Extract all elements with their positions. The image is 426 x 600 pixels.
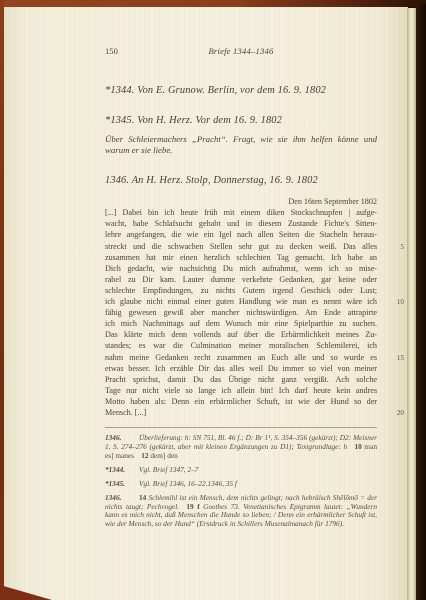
body-line: zusammen hat mir einen herzlich schlecht… <box>105 252 377 263</box>
apparatus-divider-rule <box>105 427 377 428</box>
body-line: nahm meine Gedanken recht zusammen an Eu… <box>105 352 377 363</box>
text-column: 150 Briefe 1344–1346 *1344. Von E. Gruno… <box>105 46 377 529</box>
body-line-text: Das klärte mich denn vollends auf über d… <box>105 330 377 339</box>
apparatus-entry: *1344.Vgl. Brief 1347, 2–7 <box>105 466 377 475</box>
body-line: etwas besser. Ich erzähle Dir das alles … <box>105 363 377 374</box>
apparatus-segment: dem] den <box>149 451 178 460</box>
body-line: ich glaube nicht einmal einer guten Hand… <box>105 296 377 307</box>
body-line-text: fähig gewesen gewiß aber mancher nichtsw… <box>105 308 377 317</box>
apparatus-segment: Vgl. Brief 1346, 16–22.1346, 35 f <box>139 479 237 488</box>
apparatus-entry-label: *1345. <box>105 480 139 489</box>
body-line-text: schlechte Empfindungen, zu nichts Gutem … <box>105 286 377 295</box>
book-binding-top-edge <box>0 0 426 7</box>
body-line-text: ich mich Nachmittags auf dem Wunsch mir … <box>105 319 377 328</box>
book-shadow-right <box>416 4 426 600</box>
body-line-text: nahm meine Gedanken recht zusammen an Eu… <box>105 353 377 362</box>
body-line: Tage nur nicht viele so lange ich allein… <box>105 385 377 396</box>
body-line: Motto haben als: Denn ein erbärmlicher S… <box>105 396 377 407</box>
body-line: schlechte Empfindungen, zu nichts Gutem … <box>105 285 377 296</box>
page-number: 150 <box>105 46 175 56</box>
body-line: streckt und die schwachen Stellen sehr g… <box>105 241 377 252</box>
page-fore-edge <box>407 8 416 600</box>
margin-line-number: 5 <box>400 242 404 252</box>
body-line-text: Motto haben als: Denn ein erbärmlicher S… <box>105 397 377 406</box>
apparatus-entry-label: *1344. <box>105 466 139 475</box>
body-line: Pracht sprichst, damit Du das Übrige nic… <box>105 374 377 385</box>
apparatus-entry: *1345.Vgl. Brief 1346, 16–22.1346, 35 f <box>105 480 377 489</box>
summary-line: Über Schleiermachers „Pracht“. Fragt, wi… <box>105 134 377 145</box>
body-line-text: zusammen hat mir einen herzlich schlecht… <box>105 253 377 262</box>
body-line-text: Dich gedacht, wie nachsichtig Du mich au… <box>105 264 377 273</box>
body-line-text: wacht, habe Schlafsucht gehabt und in di… <box>105 219 377 228</box>
apparatus-entry: 1346.Überlieferung: h: SN 751, Bl. 46 f.… <box>105 434 377 461</box>
body-line-text: rabel zu Dir kam. Lauter dumme verkehrte… <box>105 275 377 284</box>
body-line: Dich gedacht, wie nachsichtig Du mich au… <box>105 263 377 274</box>
apparatus-segment: 12 <box>134 451 149 460</box>
critical-apparatus: 1346.Überlieferung: h: SN 751, Bl. 46 f.… <box>105 434 377 529</box>
apparatus-entry-text: Vgl. Brief 1347, 2–7 <box>139 465 198 474</box>
apparatus-segment: 19 f <box>179 502 200 511</box>
body-line-text: standes; es war die Culmination meiner m… <box>105 341 377 350</box>
body-line-text: Mensch. [...] <box>105 408 146 417</box>
margin-line-number: 15 <box>397 353 404 363</box>
body-line: Mensch. [...] 20 <box>105 407 377 418</box>
body-line: Das klärte mich denn vollends auf über d… <box>105 329 377 340</box>
apparatus-segment: 10 <box>347 442 362 451</box>
letter-heading-1345: *1345. Von H. Herz. Vor dem 16. 9. 1802 <box>105 114 377 127</box>
body-line-text: Den 16ten September 1802 <box>288 197 377 206</box>
body-line: Den 16ten September 1802 <box>105 196 377 207</box>
body-line-text: Pracht sprichst, damit Du das Übrige nic… <box>105 375 377 384</box>
apparatus-entry-text: Vgl. Brief 1346, 16–22.1346, 35 f <box>139 479 237 488</box>
margin-line-number: 20 <box>397 408 404 418</box>
body-line: [...] Dabei bin ich heute früh mit einem… <box>105 207 377 218</box>
body-line-text: etwas besser. Ich erzähle Dir das alles … <box>105 364 377 373</box>
apparatus-entry-text: 14 Schlemihl ist ein Mensch, dem nichts … <box>105 493 377 529</box>
body-line-text: lehre angefangen, die wie ein Igel nach … <box>105 230 377 239</box>
body-line: rabel zu Dir kam. Lauter dumme verkehrte… <box>105 274 377 285</box>
apparatus-segment: Vgl. Brief 1347, 2–7 <box>139 465 198 474</box>
body-line-text: Tage nur nicht viele so lange ich allein… <box>105 386 377 395</box>
page-header: 150 Briefe 1344–1346 <box>105 46 377 58</box>
summary-line: warum er sie liebe. <box>105 145 377 156</box>
body-line-text: [...] Dabei bin ich heute früh mit einem… <box>105 208 377 217</box>
letter-summary-1345: Über Schleiermachers „Pracht“. Fragt, wi… <box>105 134 377 155</box>
book-page: 150 Briefe 1344–1346 *1344. Von E. Gruno… <box>4 6 408 600</box>
book-cover-corner <box>0 585 52 600</box>
letter-body-1346: Den 16ten September 1802 [...] Dabei bin… <box>105 196 377 418</box>
body-line: standes; es war die Culmination meiner m… <box>105 340 377 351</box>
margin-line-number: 10 <box>397 297 404 307</box>
running-header: Briefe 1344–1346 <box>175 46 307 56</box>
body-line: fähig gewesen gewiß aber mancher nichtsw… <box>105 307 377 318</box>
letter-heading-1346: 1346. An H. Herz. Stolp, Donnerstag, 16.… <box>105 174 377 187</box>
body-line-text: streckt und die schwachen Stellen sehr g… <box>105 242 377 251</box>
book-binding-left-edge <box>0 0 4 600</box>
letter-heading-1344: *1344. Von E. Grunow. Berlin, vor dem 16… <box>105 84 377 97</box>
apparatus-segment: Überlieferung: h: SN 751, Bl. 46 f.; D: … <box>105 433 377 451</box>
body-line-text: ich glaube nicht einmal einer guten Hand… <box>105 297 377 306</box>
apparatus-entry-text: Überlieferung: h: SN 751, Bl. 46 f.; D: … <box>105 433 377 460</box>
body-line: lehre angefangen, die wie ein Igel nach … <box>105 229 377 240</box>
body-line: ich mich Nachmittags auf dem Wunsch mir … <box>105 318 377 329</box>
apparatus-entry: 1346.14 Schlemihl ist ein Mensch, dem ni… <box>105 494 377 530</box>
body-line: wacht, habe Schlafsucht gehabt und in di… <box>105 218 377 229</box>
book-photo: 150 Briefe 1344–1346 *1344. Von E. Gruno… <box>0 0 426 600</box>
